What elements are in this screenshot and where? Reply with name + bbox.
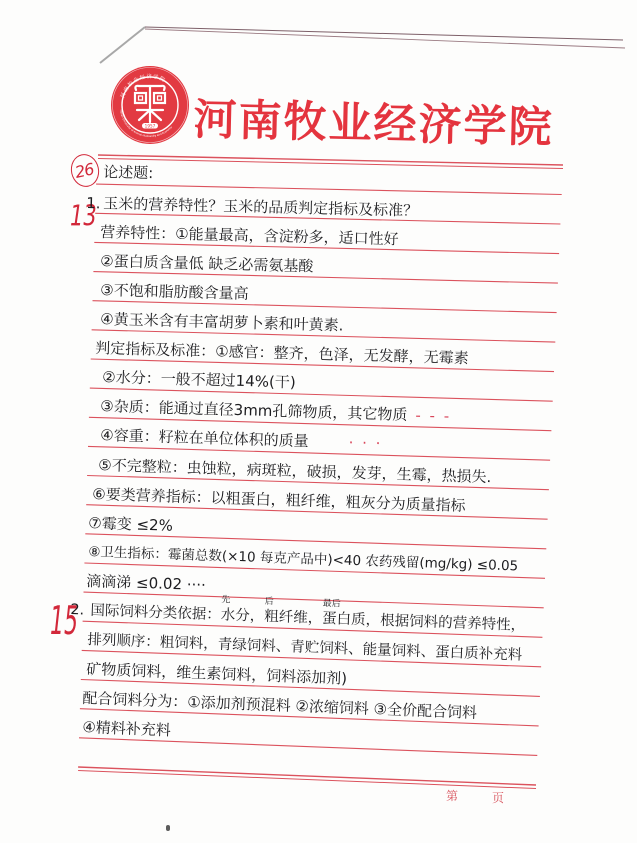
- order-annotation: 最后: [323, 600, 341, 610]
- question2-first-row: 2.国际饲料分类依据：先水分，后粗纤维，最后蛋白质，根据饲料的营养特性，: [70, 600, 525, 636]
- footer-rule: [78, 771, 536, 789]
- grader-mark: · · ·: [348, 433, 382, 452]
- question1-number: 1.: [86, 193, 103, 213]
- question1-prompt-row: 1.玉米的营养特性？玉米的品质判定指标及标准？: [86, 193, 418, 221]
- question1-prompt: 玉米的营养特性？玉米的品质判定指标及标准？: [103, 194, 418, 219]
- question2-number: 2.: [70, 600, 91, 621]
- logo-founding-year: 1957: [145, 123, 156, 128]
- answer-segment: 水分，: [220, 607, 264, 625]
- answer-line: ④黄玉米含有丰富胡萝卜素和叶黄素.: [100, 309, 344, 335]
- answer-line: ⑧卫生指标：霉菌总数(×10 每克产品中)<40 农药残留(mg/kg) ≤0.…: [88, 542, 518, 576]
- answer-line: ③不饱和脂肪酸含量高: [100, 280, 249, 304]
- header-rule: [98, 159, 563, 169]
- page-label-suffix: 页: [492, 789, 504, 806]
- header-rule: [98, 155, 563, 165]
- answer-line: ④精料补充料: [82, 717, 171, 740]
- answer-line: ⑥要类营养指标：以粗蛋白，粗纤维，粗灰分为质量指标: [92, 484, 466, 516]
- annotated-segment: 后粗纤维，: [264, 607, 323, 629]
- answer-line: ③杂质：能通过直径3mm孔筛物质，其它物质- - -: [100, 396, 451, 426]
- answer-line: ⑤不完整粒：虫蚀粒，病斑粒，破损，发芽，生霉，热损失.: [98, 455, 492, 487]
- order-annotation: 后: [265, 598, 274, 607]
- annotated-segment: 先水分，: [220, 605, 264, 627]
- total-score-circle: 26: [68, 151, 102, 189]
- section-title: 论述题:: [103, 162, 153, 183]
- answer-line: ④容重：籽粒在单位体积的质量· · ·: [100, 425, 383, 453]
- answer-segment: 根据饲料的营养特性，: [380, 613, 525, 634]
- answer-line-text: ③杂质：能通过直径3mm孔筛物质，其它物质: [100, 397, 408, 424]
- total-score: 26: [73, 159, 95, 181]
- answer-line: 配合饲料分为：①添加剂预混料 ②浓缩饲料 ③全价配合饲料: [82, 688, 477, 723]
- answer-line: 判定指标及标准：①感官：整齐，色泽，无发酵，无霉素: [95, 338, 469, 368]
- answer-segment: 粗纤维，: [264, 609, 323, 627]
- annotated-segment: 最后蛋白质，: [322, 609, 381, 631]
- grader-mark: - - -: [415, 406, 451, 425]
- answer-line-text: ④容重：籽粒在单位体积的质量: [100, 426, 309, 450]
- answer-segment: 蛋白质，: [322, 611, 381, 629]
- order-annotation: 先: [221, 596, 230, 605]
- answer-line: 矿物质饲料，维生素饲料，饲料添加剂): [86, 659, 347, 689]
- page-label-prefix: 第: [446, 787, 458, 804]
- answer-line: ②蛋白质含量低 缺乏必需氨基酸: [100, 251, 314, 276]
- ink-smudge: [166, 825, 170, 831]
- answer-line: 排列顺序：粗饲料，青绿饲料、青贮饲料、能量饲料、蛋白质补充料: [87, 630, 522, 666]
- answer-line: 滴滴涕 ≤0.02 ····: [86, 571, 206, 595]
- answer-line: ②水分：一般不超过14%(干): [102, 367, 296, 392]
- answer-line: ⑦霉变 ≤2%: [88, 513, 173, 536]
- answer-line: 营养特性：①能量最高，含淀粉多，适口性好: [100, 222, 399, 249]
- answer-segment: 国际饲料分类依据：: [90, 603, 221, 624]
- institution-name-title: 河南牧业经济学院: [193, 86, 554, 155]
- university-logo: 河南牧业经济学院 Henan University of Animal Husb…: [110, 65, 190, 145]
- footer-rule: [78, 767, 536, 785]
